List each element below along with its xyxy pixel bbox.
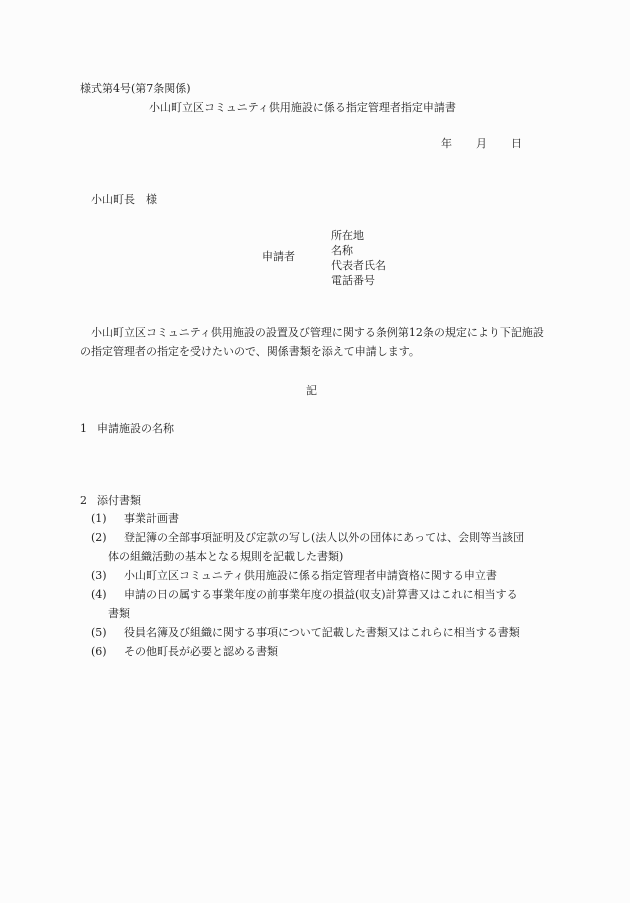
- item-text: 登記簿の全部事項証明及び定款の写し(法人以外の団体にあっては、会則等当該団: [124, 531, 524, 544]
- attachment-item: (6)その他町長が必要と認める書類: [91, 642, 278, 661]
- item-number: (4): [91, 585, 124, 604]
- ki-heading: 記: [306, 385, 317, 396]
- section-2-label: 添付書類: [97, 495, 141, 506]
- item-text-continued: 体の組織活動の基本となる規則を記載した書類): [108, 547, 343, 566]
- form-title: 小山町立区コミュニティ供用施設に係る指定管理者指定申請書: [149, 102, 456, 113]
- year-label: 年: [441, 138, 452, 149]
- month-label: 月: [476, 138, 487, 149]
- item-text: その他町長が必要と認める書類: [124, 645, 278, 658]
- item-text: 申請の日の属する事業年度の前事業年度の損益(収支)計算書又はこれに相当する: [124, 588, 518, 601]
- attachment-item: (4)申請の日の属する事業年度の前事業年度の損益(収支)計算書又はこれに相当する: [91, 585, 518, 604]
- section-1-number: 1: [80, 423, 87, 434]
- body-paragraph: 小山町立区コミュニティ供用施設の設置及び管理に関する条例第12条の規定により下記…: [80, 323, 550, 361]
- item-text-continued: 書類: [108, 604, 130, 623]
- item-number: (6): [91, 642, 124, 661]
- day-label: 日: [511, 138, 522, 149]
- section-2-number: 2: [80, 495, 87, 506]
- item-number: (3): [91, 566, 124, 585]
- attachment-item: (5)役員名簿及び組織に関する事項について記載した書類又はこれらに相当する書類: [91, 623, 520, 642]
- field-representative-label: 代表者氏名: [331, 258, 386, 273]
- field-address-label: 所在地: [331, 228, 386, 243]
- field-name-label: 名称: [331, 243, 386, 258]
- item-number: (2): [91, 528, 124, 547]
- attachment-item: (1)事業計画書: [91, 509, 179, 528]
- addressee: 小山町長 様: [91, 194, 157, 205]
- form-number: 様式第4号(第7条関係): [80, 83, 191, 94]
- item-text: 役員名簿及び組織に関する事項について記載した書類又はこれらに相当する書類: [124, 626, 520, 639]
- item-number: (5): [91, 623, 124, 642]
- attachment-item: (3)小山町立区コミュニティ供用施設に係る指定管理者申請資格に関する申立書: [91, 566, 497, 585]
- item-text: 事業計画書: [124, 512, 179, 525]
- field-phone-label: 電話番号: [331, 273, 386, 288]
- item-text: 小山町立区コミュニティ供用施設に係る指定管理者申請資格に関する申立書: [124, 569, 497, 582]
- section-1-label: 申請施設の名称: [97, 423, 174, 434]
- attachment-item: (2)登記簿の全部事項証明及び定款の写し(法人以外の団体にあっては、会則等当該団: [91, 528, 524, 547]
- applicant-label: 申請者: [262, 251, 295, 262]
- item-number: (1): [91, 509, 124, 528]
- applicant-fields: 所在地 名称 代表者氏名 電話番号: [331, 228, 386, 288]
